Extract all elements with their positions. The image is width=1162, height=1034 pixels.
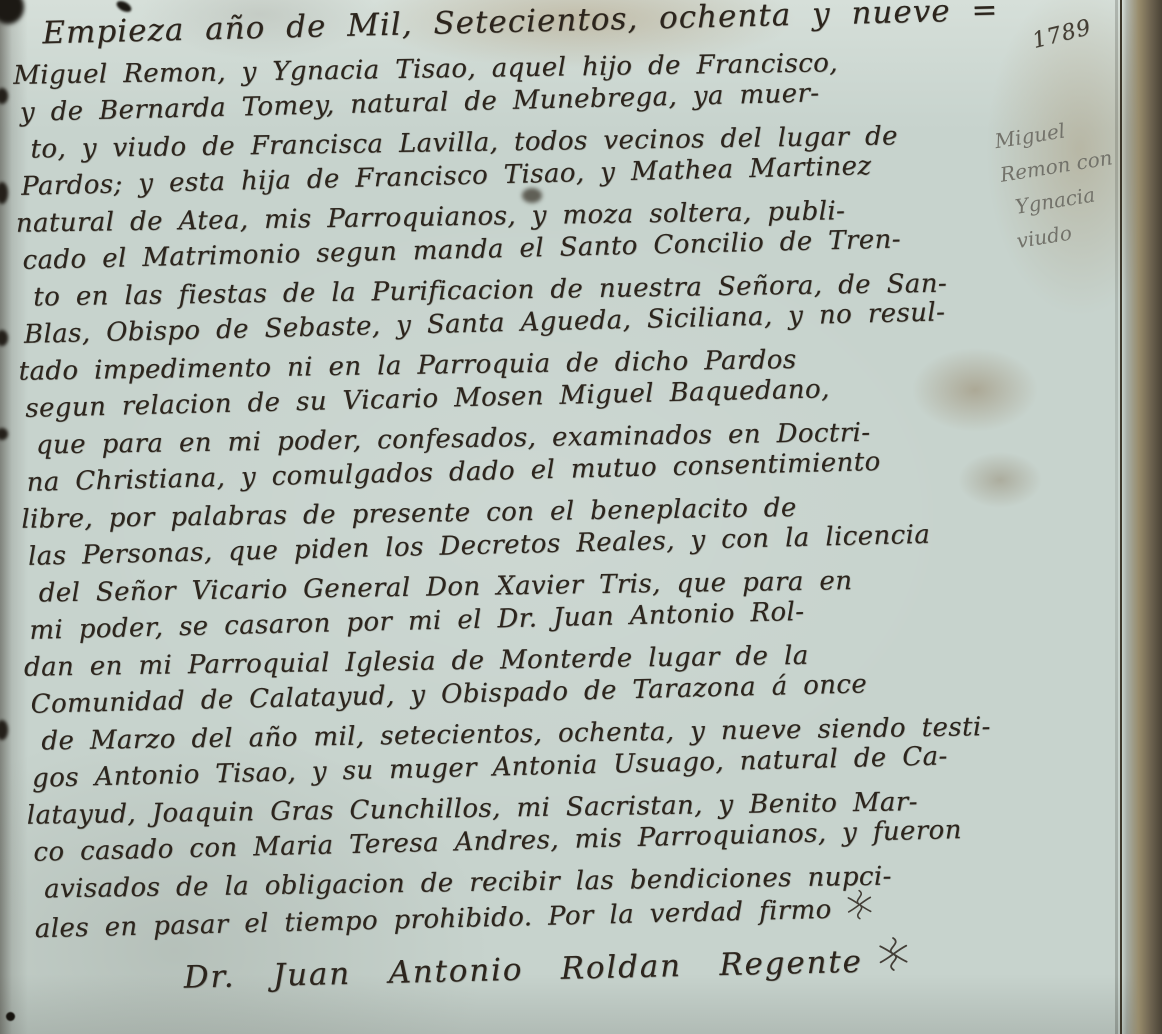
manuscript-page: Empieza año de Mil, Setecientos, ochenta… (0, 0, 1162, 1034)
rubric-flourish-icon (876, 935, 911, 991)
binding-ink-blob (0, 330, 8, 346)
binding-ink-blob (0, 88, 8, 104)
binding-ink-blob (0, 428, 8, 440)
record-text-block: Empieza año de Mil, Setecientos, ochenta… (8, 0, 1036, 1006)
signature-row: Dr. Juan Antonio Roldan Regente (25, 931, 1036, 1009)
page-right-edge (1120, 0, 1162, 1034)
margin-year-label: 1789 (1030, 15, 1094, 54)
binding-ink-blob (0, 720, 8, 740)
rubric-flourish-icon (845, 888, 874, 932)
signature-text: Dr. Juan Antonio Roldan Regente (183, 944, 863, 996)
binding-ink-blob (0, 182, 8, 204)
ink-dot (6, 1012, 15, 1021)
page-crease (1115, 0, 1118, 1034)
